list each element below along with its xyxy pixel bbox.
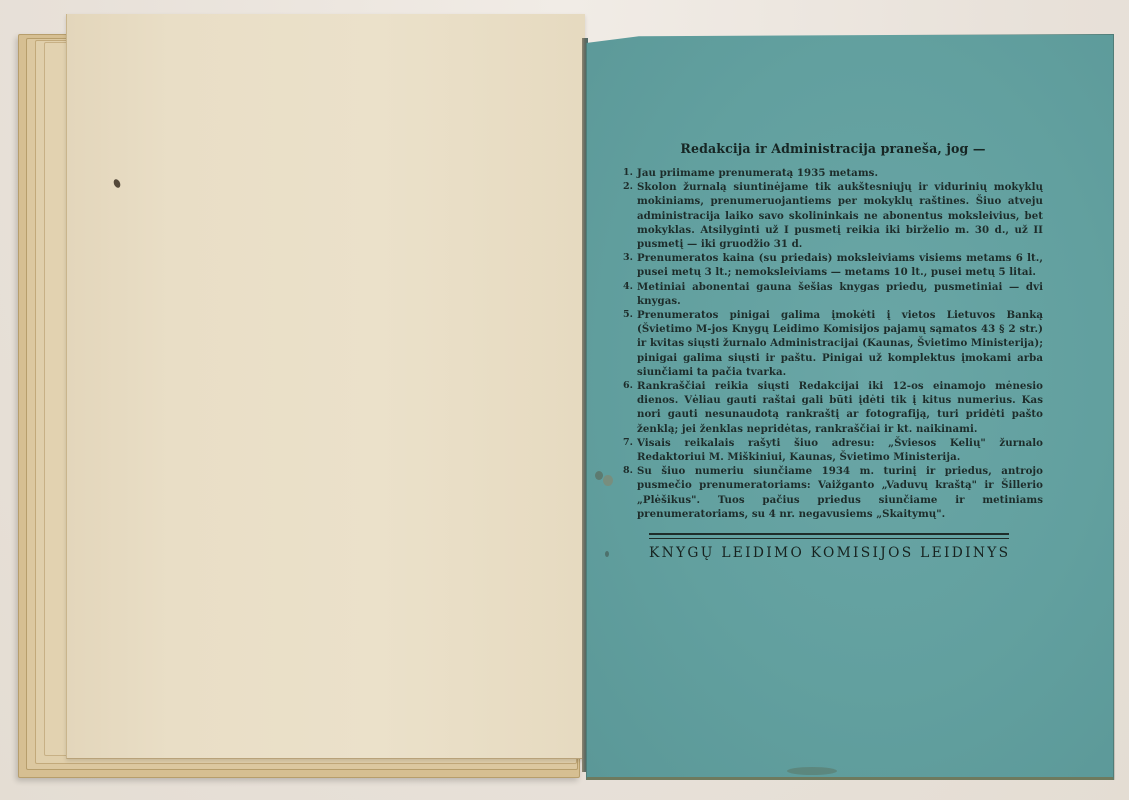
stain [605,551,609,557]
item-number: 5. [623,308,637,379]
notice-item: 3. Prenumeratos kaina (su priedais) moks… [623,251,1043,279]
notice-item: 4. Metiniai abonentai gauna šešias knyga… [623,280,1043,308]
stain [595,471,603,480]
notice-item: 6. Rankraščiai reikia siųsti Redakcijai … [623,379,1043,436]
item-number: 4. [623,280,637,308]
notice-item: 5. Prenumeratos pinigai galima įmokėti į… [623,308,1043,379]
item-text: Su šiuo numeriu siunčiame 1934 m. turinį… [637,464,1043,521]
item-text: Prenumeratos pinigai galima įmokėti į vi… [637,308,1043,379]
right-blue-cover-page: Redakcija ir Administracija praneša, jog… [586,34,1114,780]
item-text: Skolon žurnalą siuntinėjame tik aukštesn… [637,180,1043,251]
item-number: 8. [623,464,637,521]
item-number: 1. [623,166,637,180]
item-number: 3. [623,251,637,279]
stain [787,767,837,775]
publisher-imprint: KNYGŲ LEIDIMO KOMISIJOS LEIDINYS [649,545,1043,561]
notice-item: 8. Su šiuo numeriu siunčiame 1934 m. tur… [623,464,1043,521]
stain [603,475,613,486]
item-number: 2. [623,180,637,251]
notice-item: 7. Visais reikalais rašyti šiuo adresu: … [623,436,1043,464]
item-text: Prenumeratos kaina (su priedais) mokslei… [637,251,1043,279]
notice-item: 2. Skolon žurnalą siuntinėjame tik aukšt… [623,180,1043,251]
notice-item: 1. Jau priimame prenumeratą 1935 metams. [623,166,1043,180]
double-rule-divider [649,533,1009,539]
notice-heading: Redakcija ir Administracija praneša, jog… [623,141,1043,156]
item-number: 7. [623,436,637,464]
ink-speck [112,178,121,189]
item-text: Visais reikalais rašyti šiuo adresu: „Šv… [637,436,1043,464]
item-text: Jau priimame prenumeratą 1935 metams. [637,166,1043,180]
item-text: Rankraščiai reikia siųsti Redakcijai iki… [637,379,1043,436]
item-number: 6. [623,379,637,436]
item-text: Metiniai abonentai gauna šešias knygas p… [637,280,1043,308]
notice-block: Redakcija ir Administracija praneša, jog… [623,141,1043,561]
left-blank-page [66,14,585,759]
